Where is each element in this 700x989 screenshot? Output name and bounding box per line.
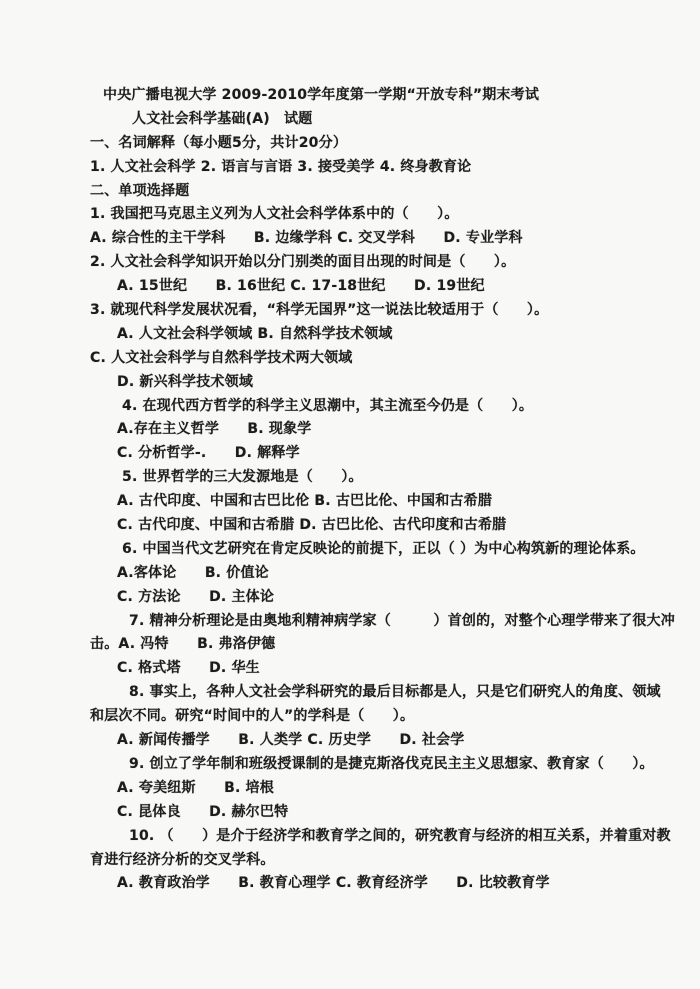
exam-title: 中央广播电视大学 2009-2010学年度第一学期“开放专科”期末考试 xyxy=(103,84,650,108)
exam-paper-page: 中央广播电视大学 2009-2010学年度第一学期“开放专科”期末考试 人文社会… xyxy=(0,0,700,989)
question-3-options-ab: A. 人文社会科学领域 B. 自然科学技术领域 xyxy=(117,323,650,347)
question-1-options: A. 综合性的主干学科 B. 边缘学科 C. 交叉学科 D. 专业学科 xyxy=(90,227,650,251)
question-10-continuation: 育进行经济分析的交叉学科。 xyxy=(90,849,650,873)
question-4-options-cd: C. 分析哲学-. D. 解释学 xyxy=(117,442,650,466)
section-1-heading: 一、名词解释（每小题5分，共计20分） xyxy=(90,132,650,156)
question-4: 4. 在现代西方哲学的科学主义思潮中，其主流至今仍是（ ）。 xyxy=(122,395,650,419)
question-3-option-d: D. 新兴科学技术领域 xyxy=(117,371,650,395)
question-10-options: A. 教育政治学 B. 教育心理学 C. 教育经济学 D. 比较教育学 xyxy=(117,872,650,896)
question-5-options-cd: C. 古代印度、中国和古希腊 D. 古巴比伦、古代印度和古希腊 xyxy=(117,514,650,538)
question-1: 1. 我国把马克思主义列为人文社会科学体系中的（ ）。 xyxy=(90,203,650,227)
question-9-options-ab: A. 夸美纽斯 B. 培根 xyxy=(117,777,650,801)
question-8-options: A. 新闻传播学 B. 人类学 C. 历史学 D. 社会学 xyxy=(117,729,650,753)
question-8-continuation: 和层次不同。研究“时间中的人”的学科是（ ）。 xyxy=(90,705,650,729)
section-1-terms: 1. 人文社会科学 2. 语言与言语 3. 接受美学 4. 终身教育论 xyxy=(90,156,650,180)
question-9-options-cd: C. 昆体良 D. 赫尔巴特 xyxy=(117,801,650,825)
question-8: 8. 事实上，各种人文社会学科研究的最后目标都是人，只是它们研究人的角度、领域 xyxy=(129,681,650,705)
question-2-options: A. 15世纪 B. 16世纪 C. 17-18世纪 D. 19世纪 xyxy=(117,275,650,299)
question-6-options-ab: A.客体论 B. 价值论 xyxy=(117,562,650,586)
question-7-options-cd: C. 格式塔 D. 华生 xyxy=(117,657,650,681)
question-10: 10. （ ）是介于经济学和教育学之间的，研究教育与经济的相互关系，并着重对教 xyxy=(129,825,650,849)
exam-subtitle: 人文社会科学基础(A) 试题 xyxy=(132,108,650,132)
section-2-heading: 二、单项选择题 xyxy=(90,180,650,204)
question-9: 9. 创立了学年制和班级授课制的是捷克斯洛伐克民主主义思想家、教育家（ ）。 xyxy=(129,753,650,777)
question-2: 2. 人文社会科学知识开始以分门别类的面目出现的时间是（ ）。 xyxy=(90,251,650,275)
question-6: 6. 中国当代文艺研究在肯定反映论的前提下，正以（ ）为中心构筑新的理论体系。 xyxy=(122,538,650,562)
question-6-options-cd: C. 方法论 D. 主体论 xyxy=(117,586,650,610)
exam-document: 中央广播电视大学 2009-2010学年度第一学期“开放专科”期末考试 人文社会… xyxy=(90,84,650,896)
question-3: 3. 就现代科学发展状况看，“科学无国界”这一说法比较适用于（ ）。 xyxy=(90,299,650,323)
question-3-option-c: C. 人文社会科学与自然科学技术两大领域 xyxy=(90,347,650,371)
question-7: 7. 精神分析理论是由奥地利精神病学家（ ）首创的，对整个心理学带来了很大冲 xyxy=(129,610,650,634)
question-5: 5. 世界哲学的三大发源地是（ ）。 xyxy=(122,466,650,490)
question-7-cont-options-ab: 击。A. 冯特 B. 弗洛伊德 xyxy=(90,633,650,657)
question-5-options-ab: A. 古代印度、中国和古巴比伦 B. 古巴比伦、中国和古希腊 xyxy=(117,490,650,514)
question-4-options-ab: A.存在主义哲学 B. 现象学 xyxy=(117,418,650,442)
